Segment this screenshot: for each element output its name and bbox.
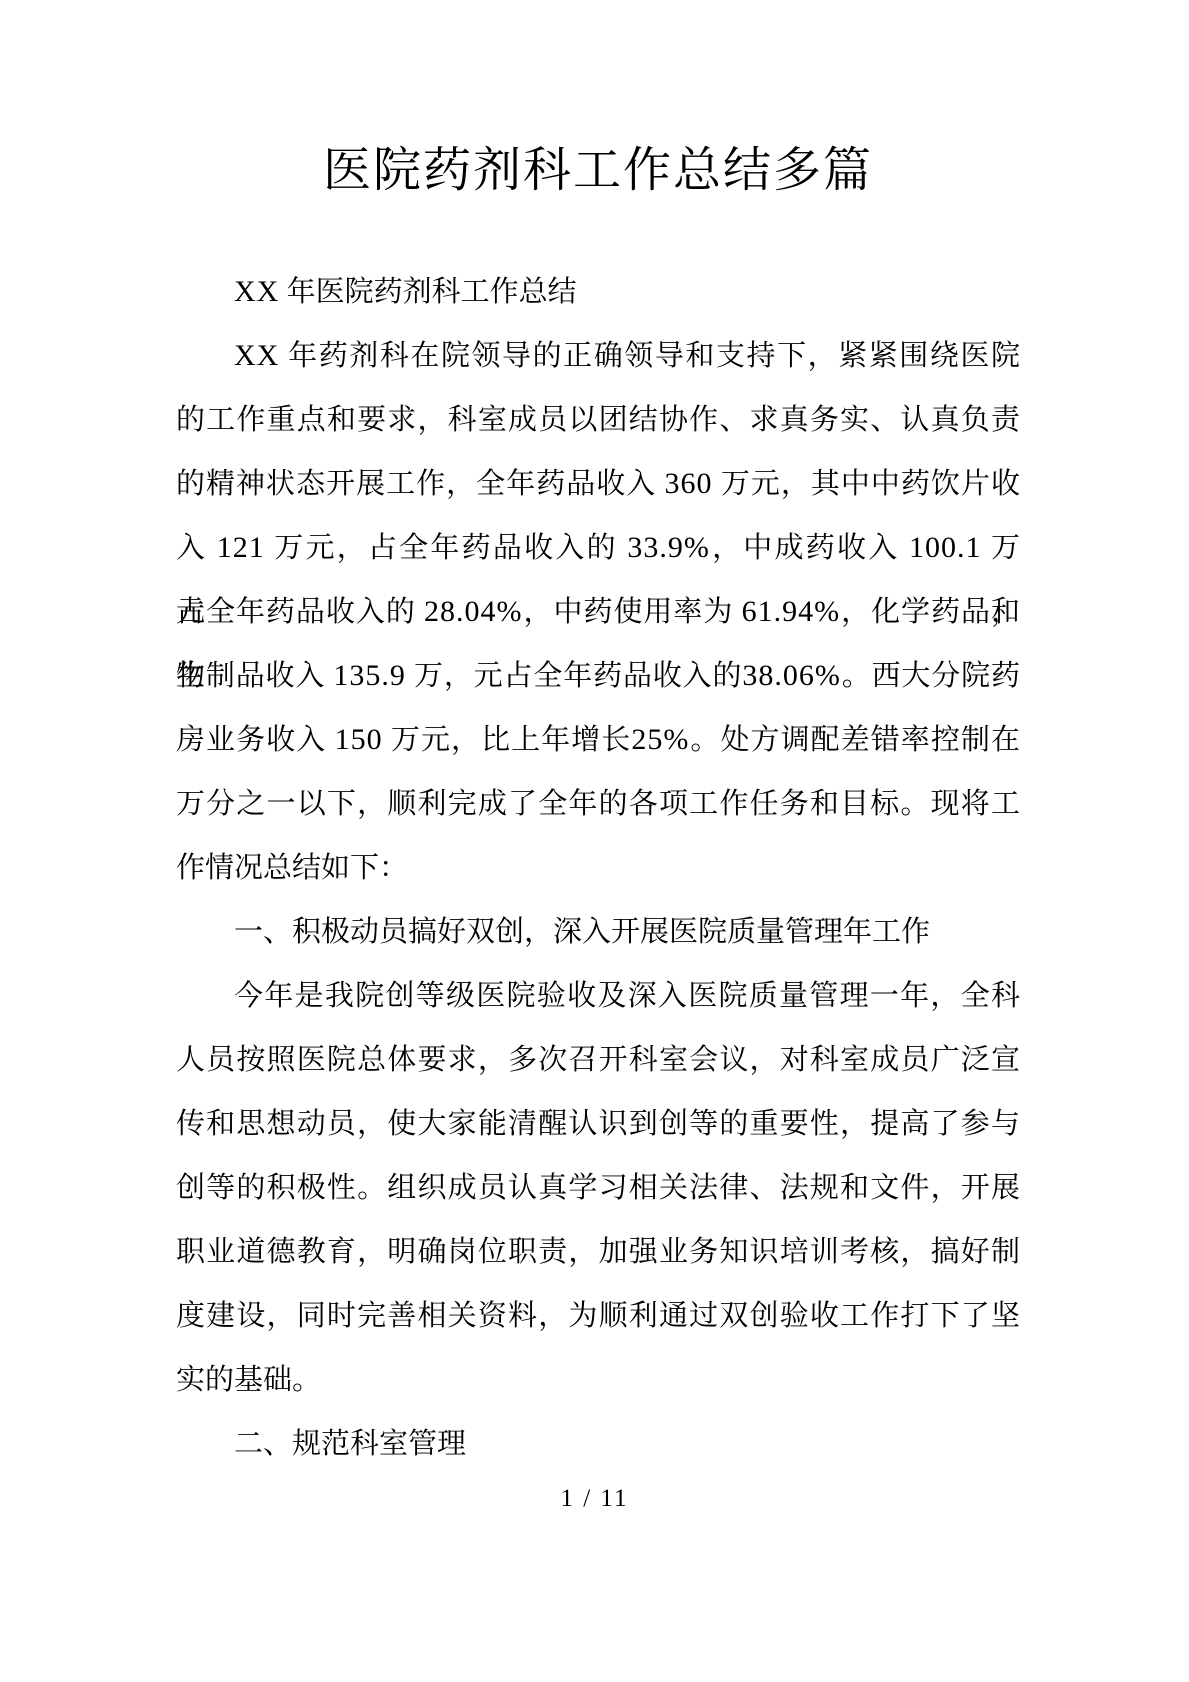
text-line: 传和思想动员，使大家能清醒认识到创等的重要性，提高了参与 xyxy=(176,1092,1020,1156)
cjk-text: 度建设，同时完善相关资料，为顺利通过双创验收工作打下了坚 xyxy=(176,1300,1020,1332)
cjk-text: 今年是我院创等级医院验收及深入医院质量管理一年，全科 xyxy=(234,980,1020,1012)
text-line: 的精神状态开展工作，全年药品收入 360 万元，其中中药饮片收 xyxy=(176,452,1020,516)
cjk-text: 万元，比上年增长 xyxy=(383,724,632,756)
script-number-text: 100.1 xyxy=(909,531,982,564)
script-number-text: 25% xyxy=(631,723,689,756)
cjk-text: 万元，占全年药品收入的 xyxy=(265,532,628,564)
cjk-text: 一、积极动员搞好双创，深入开展医院质量管理年工作 xyxy=(234,916,930,948)
script-number-text: XX xyxy=(234,275,279,308)
text-line: 创等的积极性。组织成员认真学习相关法律、法规和文件，开展 xyxy=(176,1156,1020,1220)
script-number-text: XX xyxy=(234,339,279,372)
cjk-text: 房业务收入 xyxy=(176,724,335,756)
text-line: 房业务收入 150 万元，比上年增长25%。处方调配差错率控制在 xyxy=(176,708,1020,772)
cjk-text: 万元，其中中药饮片收 xyxy=(713,468,1020,500)
text-line: 一、积极动员搞好双创，深入开展医院质量管理年工作 xyxy=(176,900,1020,964)
cjk-text: 的工作重点和要求，科室成员以团结协作、求真务实、认真负责 xyxy=(176,404,1020,436)
script-number-text: 150 xyxy=(335,723,383,756)
text-line: 实的基础。 xyxy=(176,1348,1020,1412)
text-line: XX 年医院药剂科工作总结 xyxy=(176,260,1020,324)
text-line: 的工作重点和要求，科室成员以团结协作、求真务实、认真负责 xyxy=(176,388,1020,452)
cjk-text: 作情况总结如下： xyxy=(176,852,408,884)
text-line: 作情况总结如下： xyxy=(176,836,1020,900)
page-number: 1 / 11 xyxy=(0,1484,1189,1514)
cjk-text: 占全年药品收入的 xyxy=(176,596,424,628)
script-number-text: 61.94% xyxy=(742,595,841,628)
text-line: 职业道德教育，明确岗位职责，加强业务知识培训考核，搞好制 xyxy=(176,1220,1020,1284)
script-number-text: 121 xyxy=(217,531,265,564)
script-number-text: 28.04% xyxy=(424,595,523,628)
cjk-text: ，中成药收入 xyxy=(710,532,909,564)
script-number-text: 360 xyxy=(665,467,713,500)
cjk-text: 万分之一以下，顺利完成了全年的各项工作任务和目标。现将工 xyxy=(176,788,1020,820)
text-line: XX 年药剂科在院领导的正确领导和支持下，紧紧围绕医院 xyxy=(176,324,1020,388)
cjk-text: 职业道德教育，明确岗位职责，加强业务知识培训考核，搞好制 xyxy=(176,1236,1020,1268)
cjk-text: 物制品收入 xyxy=(176,660,333,692)
cjk-text: 年药剂科在院领导的正确领导和支持下，紧紧围绕医院 xyxy=(279,340,1020,372)
cjk-text: 传和思想动员，使大家能清醒认识到创等的重要性，提高了参与 xyxy=(176,1108,1020,1140)
text-line: 入 121 万元，占全年药品收入的 33.9%，中成药收入 100.1 万元， xyxy=(176,516,1020,580)
cjk-text: 。处方调配差错率控制在 xyxy=(689,724,1020,756)
script-number-text: 135.9 xyxy=(333,659,406,692)
text-line: 度建设，同时完善相关资料，为顺利通过双创验收工作打下了坚 xyxy=(176,1284,1020,1348)
cjk-text: 万，元占全年药品收入的 xyxy=(406,660,742,692)
text-line: 占全年药品收入的 28.04%，中药使用率为 61.94%，化学药品和生 xyxy=(176,580,1020,644)
cjk-text: 创等的积极性。组织成员认真学习相关法律、法规和文件，开展 xyxy=(176,1172,1020,1204)
cjk-text: 年医院药剂科工作总结 xyxy=(279,276,576,308)
text-line: 今年是我院创等级医院验收及深入医院质量管理一年，全科 xyxy=(176,964,1020,1028)
text-line: 物制品收入 135.9 万，元占全年药品收入的38.06%。西大分院药 xyxy=(176,644,1020,708)
cjk-text: 人员按照医院总体要求，多次召开科室会议，对科室成员广泛宣 xyxy=(176,1044,1020,1076)
cjk-text: 实的基础。 xyxy=(176,1364,321,1396)
document-body: XX 年医院药剂科工作总结XX 年药剂科在院领导的正确领导和支持下，紧紧围绕医院… xyxy=(176,260,1020,1476)
document-title: 医院药剂科工作总结多篇 xyxy=(176,139,1020,202)
cjk-text: 二、规范科室管理 xyxy=(234,1428,466,1460)
text-line: 二、规范科室管理 xyxy=(176,1412,1020,1476)
cjk-text: ，中药使用率为 xyxy=(523,596,742,628)
cjk-text: 入 xyxy=(176,532,217,564)
document-page: 医院药剂科工作总结多篇 XX 年医院药剂科工作总结XX 年药剂科在院领导的正确领… xyxy=(0,0,1189,1682)
cjk-text: 。西大分院药 xyxy=(841,660,1020,692)
script-number-text: 38.06% xyxy=(742,659,841,692)
text-line: 万分之一以下，顺利完成了全年的各项工作任务和目标。现将工 xyxy=(176,772,1020,836)
cjk-text: 的精神状态开展工作，全年药品收入 xyxy=(176,468,665,500)
script-number-text: 33.9% xyxy=(627,531,710,564)
text-line: 人员按照医院总体要求，多次召开科室会议，对科室成员广泛宣 xyxy=(176,1028,1020,1092)
